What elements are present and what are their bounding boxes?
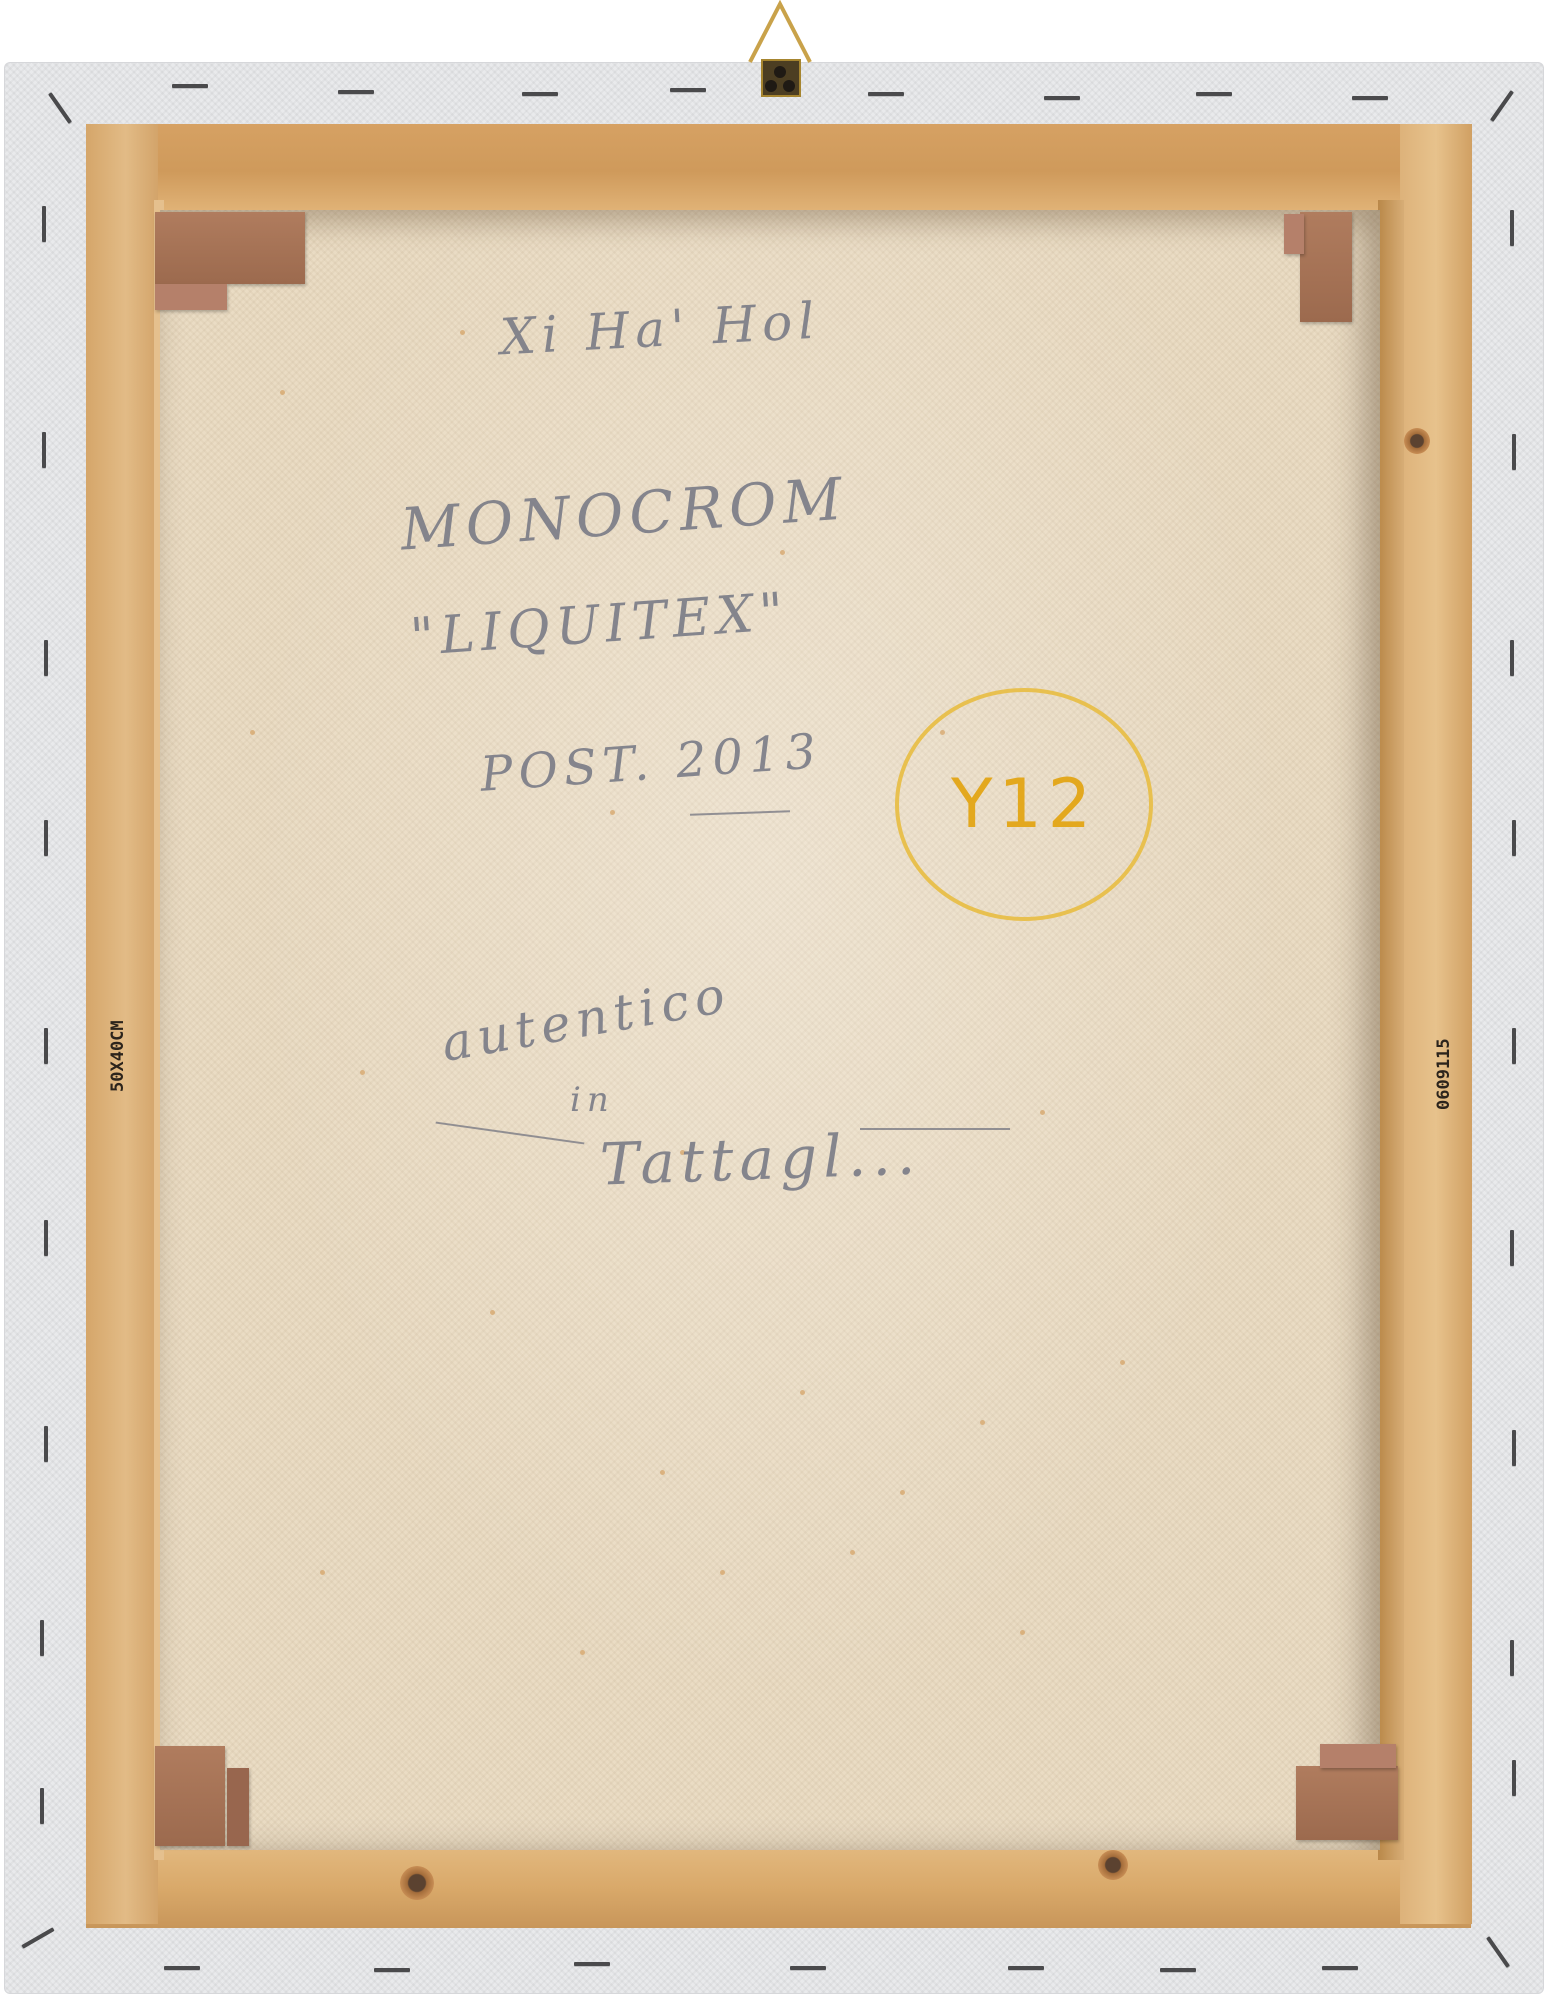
staple <box>790 1966 826 1970</box>
staple <box>1196 92 1232 96</box>
wood-knot <box>1404 428 1430 454</box>
staple <box>44 1220 48 1256</box>
serial-stamp: 0609115 <box>1434 1038 1454 1110</box>
staple <box>44 1426 48 1462</box>
size-stamp: 50X40CM <box>108 1020 128 1092</box>
stretcher-bar-top <box>86 124 1471 210</box>
stretcher-bar-bottom <box>86 1848 1471 1928</box>
staple <box>1512 820 1516 856</box>
staple <box>1352 96 1388 100</box>
staple <box>42 206 46 242</box>
staple <box>44 820 48 856</box>
staple <box>338 90 374 94</box>
corner-key-bottom-left-small <box>227 1768 249 1846</box>
corner-key-top-left <box>155 212 305 284</box>
staple <box>1510 210 1514 246</box>
staple <box>1510 1230 1514 1266</box>
staple <box>574 1962 610 1966</box>
staple <box>1322 1966 1358 1970</box>
staple <box>1512 434 1516 470</box>
staple <box>1044 96 1080 100</box>
staple <box>868 92 904 96</box>
staple <box>164 1966 200 1970</box>
stretcher-bar-right <box>1400 124 1472 1924</box>
staple <box>1510 1640 1514 1676</box>
canvas-back-surface <box>160 210 1380 1850</box>
staple <box>522 92 558 96</box>
staple <box>40 1788 44 1824</box>
corner-key-bottom-right-small <box>1320 1744 1396 1768</box>
corner-key-top-right-small <box>1284 214 1304 254</box>
staple <box>1512 1760 1516 1796</box>
corner-key-bottom-right <box>1296 1766 1398 1840</box>
staple <box>40 1620 44 1656</box>
staple <box>670 88 706 92</box>
inventory-marker-label: Y12 <box>895 688 1153 921</box>
inscription-signature: Tattagl... <box>599 1119 922 1198</box>
signature-tail <box>860 1128 1010 1130</box>
staple <box>374 1968 410 1972</box>
staple <box>1512 1028 1516 1064</box>
sawtooth-hanger-icon <box>740 0 820 98</box>
staple <box>1510 640 1514 676</box>
corner-key-top-left-small <box>155 284 227 310</box>
staple <box>1160 1968 1196 1972</box>
stretcher-bar-right-bevel <box>1378 200 1404 1860</box>
staple <box>1512 1430 1516 1466</box>
wood-knot <box>400 1866 434 1900</box>
wood-knot <box>1098 1850 1128 1880</box>
staple <box>44 1028 48 1064</box>
inventory-code: Y12 <box>951 765 1097 844</box>
corner-key-bottom-left <box>155 1746 225 1846</box>
inscription-line-in: in <box>570 1080 615 1120</box>
staple <box>1008 1966 1044 1970</box>
staple <box>172 84 208 88</box>
staple <box>44 640 48 676</box>
staple <box>42 432 46 468</box>
corner-key-top-right <box>1300 212 1352 322</box>
